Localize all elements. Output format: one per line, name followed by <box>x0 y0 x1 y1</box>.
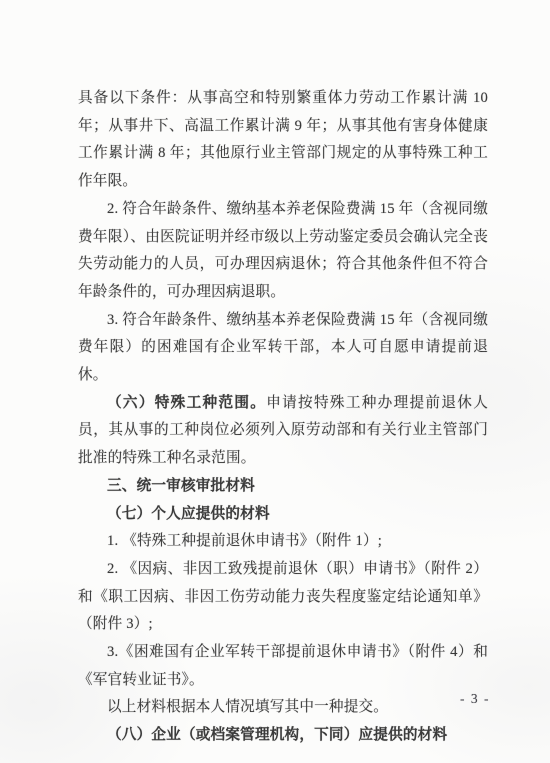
section-6-heading: （六）特殊工种范围。 <box>107 395 266 411</box>
document-body: 具备以下条件：从事高空和特别繁重体力劳动工作累计满 10 年；从事井下、高温工作… <box>78 85 488 750</box>
paragraph-military-cadre-condition: 3. 符合年龄条件、缴纳基本养老保险费满 15 年（含视同缴费年限）的困难国有企… <box>78 307 488 390</box>
paragraph-submission-note: 以上材料根据本人情况填写其中一种提交。 <box>78 694 488 722</box>
page-number: - 3 - <box>460 691 490 707</box>
paragraph-special-work-years: 具备以下条件：从事高空和特别繁重体力劳动工作累计满 10 年；从事井下、高温工作… <box>78 85 488 196</box>
paragraph-illness-retirement-condition: 2. 符合年龄条件、缴纳基本养老保险费满 15 年（含视同缴费年限）、由医院证明… <box>78 196 488 307</box>
paragraph-material-item-2: 2. 《因病、非因工致残提前退休（职）申请书》（附件 2）和《职工因病、非因工伤… <box>78 556 488 639</box>
paragraph-material-item-1: 1. 《特殊工种提前退休申请书》（附件 1）; <box>78 528 488 556</box>
paragraph-special-work-scope: （六）特殊工种范围。申请按特殊工种办理提前退休人员，其从事的工种岗位必须列入原劳… <box>78 390 488 473</box>
paragraph-material-item-3: 3.《困难国有企业军转干部提前退休申请书》（附件 4）和《军官转业证书》。 <box>78 639 488 694</box>
section-8-heading: （八）企业（或档案管理机构，下同）应提供的材料 <box>78 722 488 750</box>
document-page: 具备以下条件：从事高空和特别繁重体力劳动工作累计满 10 年；从事井下、高温工作… <box>0 0 550 763</box>
heading-part-3: 三、统一审核审批材料 <box>78 473 488 501</box>
section-7-heading: （七）个人应提供的材料 <box>78 501 488 529</box>
